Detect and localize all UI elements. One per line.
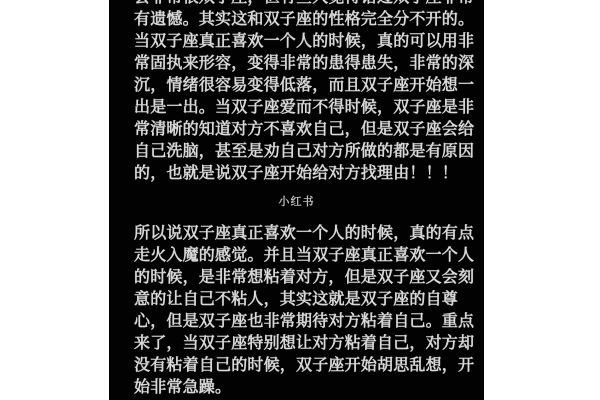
text-line: 自己洗脑，甚至是劝自己对方所做的都是有原因 — [134, 140, 474, 162]
text-line: 心，但是双子座也非常期待对方粘着自己。重点 — [134, 310, 474, 332]
text-line: 沉，情绪很容易变得低落，而且双子座开始想一 — [134, 74, 474, 96]
paragraph-1: 会非常恨双子座，但有些人觉得错过双子座非常 有遗憾。其实这和双子座的性格完全分不… — [134, 0, 474, 184]
text-line: 意的让自己不粘人，其实这就是双子座的自尊 — [134, 288, 474, 310]
text-line: 有遗憾。其实这和双子座的性格完全分不开的。 — [134, 8, 474, 30]
text-line: 当双子座真正喜欢一个人的时候，真的可以用非 — [134, 30, 474, 52]
text-line: 的时候，是非常想粘着对方，但是双子座又会刻 — [134, 266, 474, 288]
text-line: 常固执来形容，变得非常的患得患失，非常的深 — [134, 52, 474, 74]
text-line: 没有粘着自己的时候，双子座开始胡思乱想，开 — [134, 354, 474, 376]
text-line: 所以说双子座真正喜欢一个人的时候，真的有点 — [134, 222, 474, 244]
text-line: 的，也就是说双子座开始给对方找理由！！！ — [134, 162, 474, 184]
xiaohongshu-watermark: 小红书 — [109, 193, 484, 209]
text-line: 常清晰的知道对方不喜欢自己，但是双子座会给 — [134, 118, 474, 140]
text-line: 来了，当双子座特别想让对方粘着自己，对方却 — [134, 332, 474, 354]
paragraph-2: 所以说双子座真正喜欢一个人的时候，真的有点 走火入魔的感觉。并且当双子座真正喜欢… — [134, 222, 474, 398]
page-canvas: 会非常恨双子座，但有些人觉得错过双子座非常 有遗憾。其实这和双子座的性格完全分不… — [0, 0, 600, 400]
post-image-panel: 会非常恨双子座，但有些人觉得错过双子座非常 有遗憾。其实这和双子座的性格完全分不… — [109, 0, 484, 400]
text-line: 走火入魔的感觉。并且当双子座真正喜欢一个人 — [134, 244, 474, 266]
text-line: 出是一出。当双子座爱而不得时候，双子座是非 — [134, 96, 474, 118]
text-line: 始非常急躁。 — [134, 376, 474, 398]
text-line: 会非常恨双子座，但有些人觉得错过双子座非常 — [134, 0, 474, 8]
